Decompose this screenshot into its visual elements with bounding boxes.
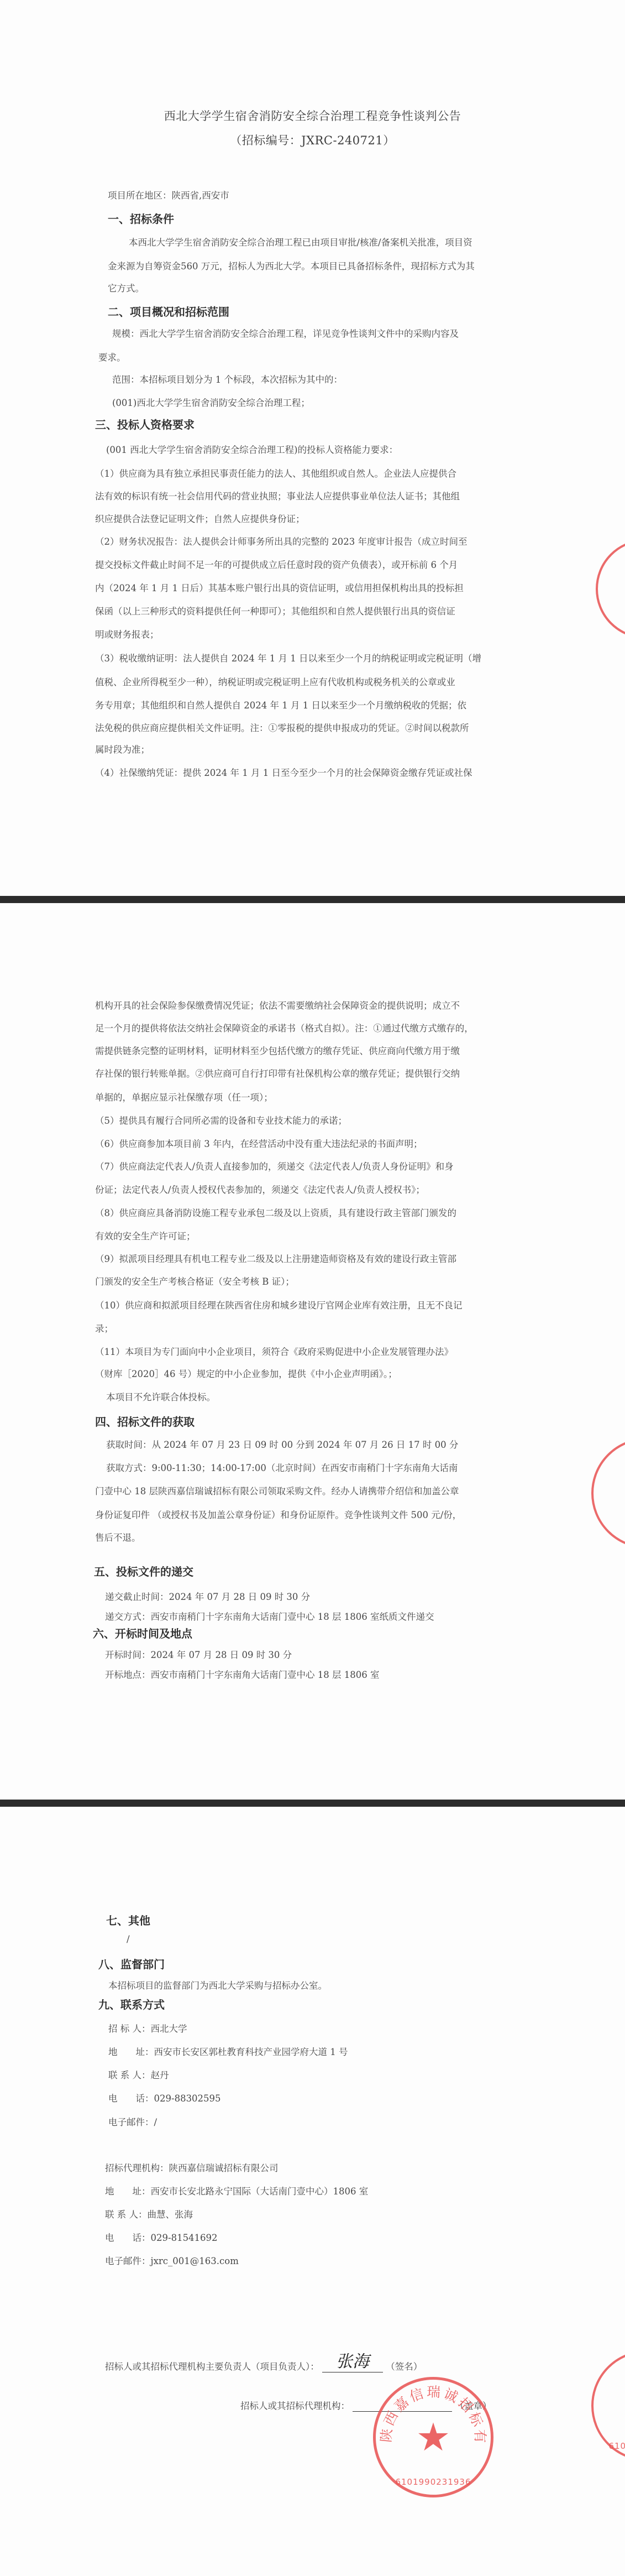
contact-label: 联 系 人： <box>105 2209 148 2220</box>
contact-label: 电 话： <box>105 2233 151 2243</box>
paragraph-line: 金来源为自筹资金560 万元，招标人为西北大学。本项目已具备招标条件，现招标方式… <box>108 259 475 272</box>
section-7-heading: 七、其他 <box>106 1912 150 1928</box>
requirement-line: 足一个月的提供将依法交纳社会保障资金的承诺书（格式自拟）。注：①通过代缴方式缴存… <box>95 1021 474 1034</box>
requirement-line: 属时段为准； <box>95 742 150 755</box>
requirement-line: 织应提供合法登记证明文件；自然人应提供身份证； <box>95 512 305 525</box>
requirement-line: （7）供应商法定代表人/负责人直接参加的，须递交《法定代表人/负责人身份证明》和… <box>95 1159 454 1172</box>
seal-label: 招标人或其招标代理机构： <box>240 2401 350 2411</box>
requirement-line: 法有效的标识有统一社会信用代码的营业执照；事业法人应提供事业单位法人证书；其他组 <box>95 489 460 502</box>
paragraph-line: 获取时间：从 2024 年 07 月 23 日 09 时 00 分到 2024 … <box>106 1437 458 1451</box>
paragraph-line: 递交方式：西安市南稍门十字东南角大话南门壹中心 18 层 1806 室纸质文件递… <box>105 1609 434 1623</box>
tender-number: （招标编号：JXRC-240721） <box>0 132 625 148</box>
requirement-line: （9）拟派项目经理具有机电工程专业二级及以上注册建造师资格及有效的建设行政主管部 <box>95 1252 456 1265</box>
document-title: 西北大学学生宿舍消防安全综合治理工程竞争性谈判公告 <box>0 107 625 124</box>
contact-value: jxrc_001@163.com <box>151 2256 239 2266</box>
paragraph-line: 它方式。 <box>108 281 144 294</box>
contact-value: 西安市长安区郭杜教育科技产业园学府大道 1 号 <box>154 2047 348 2057</box>
requirement-line: 机构开具的社会保险参保缴费情况凭证；依法不需要缴纳社会保障资金的提供说明；成立不 <box>95 998 460 1011</box>
section-4-heading: 四、招标文件的获取 <box>95 1413 195 1429</box>
requirement-line: （财库［2020］46 号）规定的中小企业参加，提供《中小企业声明函》。； <box>95 1367 397 1380</box>
paragraph-line: 身份证复印件 （或授权书及加盖公章身份证）和身份证原件。竞争性谈判文件 500 … <box>95 1508 461 1521</box>
contact-value: 029-81541692 <box>151 2233 218 2243</box>
requirement-line: （1）供应商为具有独立承担民事责任能力的法人、其他组织或自然人。企业法人应提供合 <box>95 466 456 479</box>
seal-code: 6101990231936 <box>594 2441 625 2451</box>
company-seal-stamp: 陕西嘉信瑞诚招标有限公司 ★ 6101990231936 <box>373 2377 493 2497</box>
requirement-line: （2）财务状况报告：法人提供会计师事务所出具的完整的 2023 年度审计报告（成… <box>95 534 467 547</box>
paragraph-line: 递交截止时间：2024 年 07 月 28 日 09 时 30 分 <box>105 1589 310 1603</box>
requirement-line: 需提供链条完整的证明材料，证明材料至少包括代缴方的缴存凭证、供应商向代缴方用于缴 <box>95 1044 460 1057</box>
paragraph-line: 本招标项目的监督部门为西北大学采购与招标办公室。 <box>108 1978 327 1991</box>
section-6-heading: 六、开标时间及地点 <box>93 1625 192 1641</box>
section-5-heading: 五、投标文件的递交 <box>94 1563 193 1579</box>
paragraph-line: (001)西北大学学生宿舍消防安全综合治理工程； <box>112 395 310 409</box>
section-1-heading: 一、招标条件 <box>108 210 174 226</box>
paragraph-line: 售后不退。 <box>95 1530 141 1543</box>
contact-row: 电 话：029-81541692 <box>105 2230 218 2244</box>
requirement-line: 提交投标文件截止时间不足一年的可提供成立后任意时段的资产负债表），或开标前 6 … <box>95 557 458 571</box>
requirement-line: （3）税收缴纳证明：法人提供自 2024 年 1 月 1 日以来至少一个月的纳税… <box>95 651 481 664</box>
requirement-line: 务专用章；其他组织和自然人提供自 2024 年 1 月 1 日以来至少一个月缴纳… <box>95 698 466 711</box>
contact-row: 招标代理机构：陕西嘉信瑞诚招标有限公司 <box>105 2161 279 2174</box>
requirement-line: 法免税的供应商应提供相关文件证明。注：①零报税的提供申报成功的凭证。②时间以税款… <box>95 721 469 734</box>
requirement-line: （10）供应商和拟派项目经理在陕西省住房和城乡建设厅官网企业库有效注册，且无不良… <box>95 1298 463 1311</box>
requirement-line: （8）供应商应具备消防设施工程专业承包二级及以上资质，具有建设行政主管部门颁发的 <box>95 1206 456 1219</box>
contact-value: 曲慧、张海 <box>148 2209 193 2220</box>
project-region: 项目所在地区：陕西省,西安市 <box>108 188 229 201</box>
requirement-line: 单据的，单据应显示社保缴存项（任一项）； <box>95 1090 273 1103</box>
page-separator <box>0 896 625 903</box>
requirement-line: 存社保的银行转账单据。②供应商可自行打印带有社保机构公章的缴存凭证；提供银行交纳 <box>95 1066 460 1080</box>
signature-line-responsible: 招标人或其招标代理机构主要负责人（项目负责人）： 张海 （签名） <box>105 2348 422 2372</box>
contact-label: 地 址： <box>108 2047 154 2057</box>
requirement-line: 有效的安全生产许可证； <box>95 1229 196 1242</box>
requirement-line: 保函（以上三种形式的资料提供任何一种即可）；其他组织和自然人提供银行出具的资信证 <box>95 604 455 617</box>
contact-value: 西安市长安北路永宁国际（大话南门壹中心）1806 室 <box>151 2186 369 2197</box>
seal-code: 6101990231936 <box>376 2477 491 2487</box>
requirement-line: 门颁发的安全生产考核合格证（安全考核 B 证）； <box>95 1274 295 1287</box>
section-8-heading: 八、监督部门 <box>98 1956 165 1972</box>
contact-row: 招 标 人：西北大学 <box>108 2021 187 2035</box>
paragraph-line: 开标地点：西安市南稍门十字东南角大话南门壹中心 18 层 1806 室 <box>105 1667 379 1681</box>
contact-value: 西北大学 <box>151 2024 187 2034</box>
contact-value: 赵丹 <box>151 2070 169 2080</box>
requirement-line: （6）供应商参加本项目前 3 年内，在经营活动中没有重大违法纪录的书面声明； <box>95 1136 423 1150</box>
paragraph-line: 范围：本招标项目划分为 1 个标段，本次招标为其中的： <box>112 372 343 385</box>
requirement-line: （4）社保缴纳凭证：提供 2024 年 1 月 1 日至今至少一个月的社会保障资… <box>95 765 472 779</box>
seal-stamp-partial: 6101990231936 <box>591 2350 625 2461</box>
contact-value: 陕西嘉信瑞诚招标有限公司 <box>169 2163 279 2173</box>
paragraph-line: 获取方式：9:00-11:30；14:00-17:00（北京时间）在西安市南稍门… <box>106 1461 458 1474</box>
section-9-heading: 九、联系方式 <box>98 1996 165 2012</box>
contact-row: 联 系 人：曲慧、张海 <box>105 2207 193 2220</box>
contact-value: 029-88302595 <box>154 2093 221 2104</box>
contact-label: 招标代理机构： <box>105 2163 169 2173</box>
paragraph-line: (001 西北大学学生宿舍消防安全综合治理工程)的投标人资格能力要求： <box>106 442 398 456</box>
seal-stamp-partial: ★ <box>591 1438 625 1548</box>
contact-row: 地 址：西安市长安北路永宁国际（大话南门壹中心）1806 室 <box>105 2184 368 2197</box>
contact-label: 联 系 人： <box>108 2070 151 2080</box>
contact-label: 电 话： <box>108 2093 154 2104</box>
requirement-line: （11）本项目为专门面向中小企业项目，须符合《政府采购促进中小企业发展管理办法》 <box>95 1344 453 1358</box>
paragraph-line: 开标时间：2024 年 07 月 28 日 09 时 30 分 <box>105 1647 292 1661</box>
page-1: 西北大学学生宿舍消防安全综合治理工程竞争性谈判公告 （招标编号：JXRC-240… <box>0 0 625 896</box>
contact-row: 电 话：029-88302595 <box>108 2091 221 2104</box>
requirement-line: （5）提供具有履行合同所必需的设备和专业技术能力的承诺； <box>95 1113 347 1127</box>
star-icon: ★ <box>416 2418 451 2457</box>
paragraph-line: / <box>127 1934 130 1944</box>
signature-label: 招标人或其招标代理机构主要负责人（项目负责人）： <box>105 2361 319 2372</box>
contact-row: 联 系 人：赵丹 <box>108 2068 169 2081</box>
requirement-line: 明或财务报表； <box>95 627 159 640</box>
signature-suffix: （签名） <box>386 2361 422 2372</box>
handwritten-signature: 张海 <box>336 2352 369 2371</box>
section-3-heading: 三、投标人资格要求 <box>95 416 195 432</box>
signature-field: 张海 <box>322 2348 383 2372</box>
contact-row: 电子邮件：jxrc_001@163.com <box>105 2254 239 2267</box>
contact-label: 地 址： <box>105 2186 151 2197</box>
seal-stamp-partial: ★ <box>596 539 625 639</box>
paragraph-line: 要求。 <box>98 350 126 363</box>
contact-row: 电子邮件：/ <box>108 2115 157 2128</box>
paragraph-line: 门壹中心 18 层陕西嘉信瑞诚招标有限公司领取采购文件。经办人请携带介绍信和加盖… <box>95 1484 459 1497</box>
paragraph-line: 规模：西北大学学生宿舍消防安全综合治理工程，详见竞争性谈判文件中的采购内容及 <box>112 326 459 340</box>
contact-value: / <box>154 2117 157 2127</box>
requirement-line: 录； <box>95 1321 113 1334</box>
requirement-line: 份证；法定代表人/负责人授权代表参加的，须递交《法定代表人/负责人授权书》； <box>95 1182 425 1196</box>
contact-label: 电子邮件： <box>105 2256 151 2266</box>
requirement-line: 内（2024 年 1 月 1 日后）其基本账户银行出具的资信证明，或信用担保机构… <box>95 581 464 594</box>
page-separator <box>0 1800 625 1807</box>
contact-label: 电子邮件： <box>108 2117 154 2127</box>
contact-label: 招 标 人： <box>108 2024 151 2034</box>
contact-row: 地 址：西安市长安区郭杜教育科技产业园学府大道 1 号 <box>108 2045 348 2058</box>
page-3: 七、其他 / 八、监督部门 本招标项目的监督部门为西北大学采购与招标办公室。 九… <box>0 1807 625 2576</box>
page-2: 机构开具的社会保险参保缴费情况凭证；依法不需要缴纳社会保障资金的提供说明；成立不… <box>0 903 625 1800</box>
section-2-heading: 二、项目概况和招标范围 <box>108 303 229 319</box>
no-consortium-note: 本项目不允许联合体投标。 <box>106 1390 216 1403</box>
paragraph-line: 本西北大学学生宿舍消防安全综合治理工程已由项目审批/核准/备案机关批准，项目资 <box>129 235 472 248</box>
requirement-line: 值税、企业所得税至少一种），纳税证明或完税证明上应有代收机构或税务机关的公章或业 <box>95 675 455 688</box>
